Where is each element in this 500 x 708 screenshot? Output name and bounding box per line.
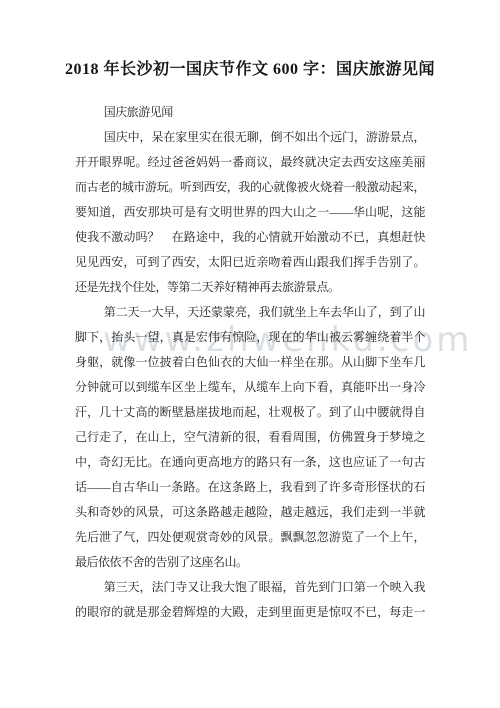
essay-line: 头和奇妙的风景，可这条路越走越险，越走越远，我们走到一半就 xyxy=(75,500,425,525)
essay-line: 己行走了，在山上，空气清新的很，看看周围，仿佛置身于梦境之 xyxy=(75,425,425,450)
document-page: 2018 年长沙初一国庆节作文 600 字：国庆旅游见闻 www.zhwenku… xyxy=(0,0,500,708)
essay-line: 脚下，抬头一望，真是宏伟有惊险，现在的华山被云雾缠绕着半个 xyxy=(75,325,425,350)
essay-line: 第三天，法门寺又让我大饱了眼福，首先到门口第一个映入我 xyxy=(75,575,425,600)
essay-line: 先后泄了气，四处便观赏奇妙的风景。飘飘忽忽游览了一个上午， xyxy=(75,525,425,550)
essay-line: 国庆中，呆在家里实在很无聊，倒不如出个远门，游游景点， xyxy=(75,125,425,150)
essay-line: 而古老的城市游玩。听到西安，我的心就像被火烧着一般激动起来， xyxy=(75,175,425,200)
essay-line: 第二天一大早，天还蒙蒙亮，我们就坐上车去华山了，到了山 xyxy=(75,300,425,325)
essay-line: 见见西安，可到了西安，太阳已近亲吻着西山跟我们挥手告别了。 xyxy=(75,250,425,275)
essay-heading: 国庆旅游见闻 xyxy=(75,100,425,125)
essay-line: 还是先找个住处，等第二天养好精神再去旅游景点。 xyxy=(75,275,425,300)
essay-line: 中，奇幻无比。在通向更高地方的路只有一条，这也应证了一句古 xyxy=(75,450,425,475)
essay-line: 分钟就可以到缆车区坐上缆车，从缆车上向下看，真能吓出一身冷 xyxy=(75,375,425,400)
essay-line: 话——自古华山一条路。在这条路上，我看到了许多奇形怪状的石 xyxy=(75,475,425,500)
essay-line: 最后依依不舍的告别了这座名山。 xyxy=(75,550,425,575)
essay-body: 国庆旅游见闻 国庆中，呆在家里实在很无聊，倒不如出个远门，游游景点， 开开眼界呢… xyxy=(75,100,425,625)
essay-line: 汗，几十丈高的断壁悬崖拔地而起，壮观极了。到了山中腰就得自 xyxy=(75,400,425,425)
essay-line: 开开眼界呢。经过爸爸妈妈一番商议，最终就决定去西安这座美丽 xyxy=(75,150,425,175)
essay-line: 使我不激动吗？ 在路途中，我的心情就开始激动不已，真想赶快 xyxy=(75,225,425,250)
essay-line: 身躯，就像一位披着白色仙衣的大仙一样坐在那。从山脚下坐车几 xyxy=(75,350,425,375)
essay-line: 要知道，西安那块可是有文明世界的四大山之一——华山呢，这能 xyxy=(75,200,425,225)
essay-line: 的眼帘的就是那金碧辉煌的大殿，走到里面更是惊叹不已，每走一 xyxy=(75,600,425,625)
document-title: 2018 年长沙初一国庆节作文 600 字：国庆旅游见闻 xyxy=(38,58,462,82)
